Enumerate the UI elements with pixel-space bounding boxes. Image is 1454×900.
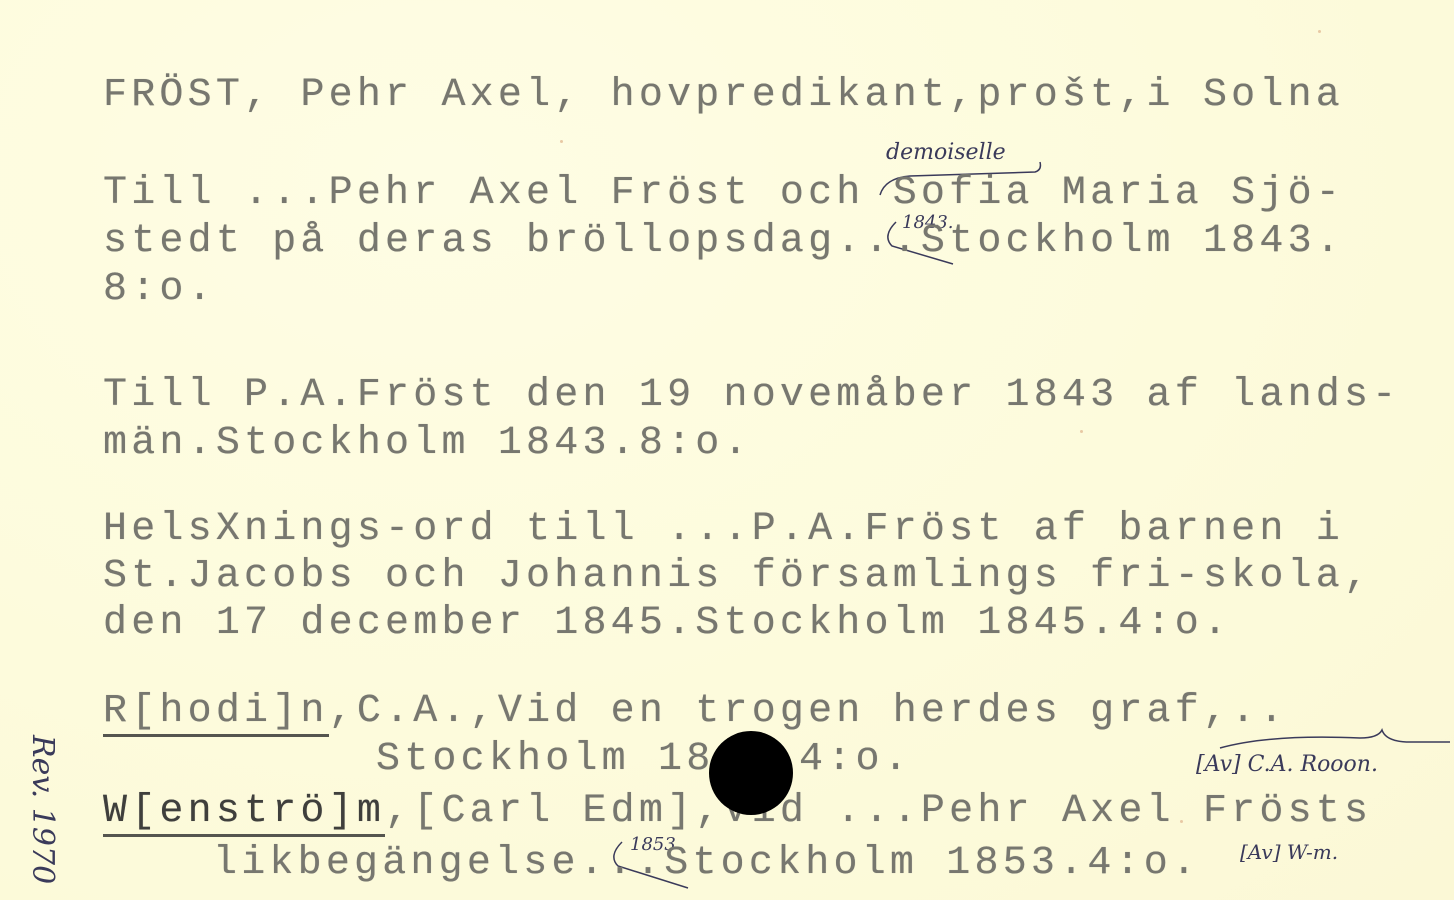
entry-3-line-1: HelsXnings-ord till ...P.A.Fröst af barn… — [103, 506, 1344, 554]
annotation-author-wm: [Av] W-m. — [1240, 840, 1338, 864]
annotation-author-rooon: [Av] C.A. Rooon. — [1196, 752, 1378, 777]
entry-2-line-2: män.Stockholm 1843.8:o. — [103, 420, 752, 468]
heading-rest: , Pehr Axel, hovpredikant,prošt,i Solna — [244, 73, 1344, 118]
heading-surname: FRÖST — [103, 73, 244, 118]
entry-3-line-2: St.Jacobs och Johannis församlings fri-s… — [103, 553, 1372, 601]
entry-5-author: W[enströ]m — [103, 789, 385, 837]
revision-note: Rev. 1970 — [25, 735, 60, 884]
entry-1-line-3: 8:o. — [103, 266, 216, 314]
paper-speck — [560, 140, 563, 143]
catalog-card: FRÖST, Pehr Axel, hovpredikant,prošt,i S… — [0, 0, 1454, 900]
entry-1-line-1: Till ...Pehr Axel Fröst och Sofia Maria … — [103, 170, 1344, 218]
paper-speck — [1080, 430, 1083, 433]
entry-5-line-2: likbegängelse...Stockholm 1853.4:o. — [213, 840, 1200, 888]
entry-4-author: R[hodi]n — [103, 689, 329, 737]
entry-4-line-1: R[hodi]n,C.A.,Vid en trogen herdes graf,… — [103, 688, 1288, 736]
card-heading: FRÖST, Pehr Axel, hovpredikant,prošt,i S… — [103, 72, 1344, 120]
paper-speck — [1318, 30, 1321, 33]
entry-4-line-2: Stockholm 18 .4:o. — [376, 736, 912, 784]
entry-2-line-1: Till P.A.Fröst den 19 novemåber 1843 af … — [103, 372, 1400, 420]
entry-5-title: ,[Carl Edm],Vid ...Pehr Axel Frösts — [385, 789, 1372, 834]
entry-3-line-3: den 17 december 1845.Stockholm 1845.4:o. — [103, 600, 1231, 648]
entry-1-line-2: stedt på deras bröllopsdag...Stockholm 1… — [103, 218, 1344, 266]
entry-4-title: ,C.A.,Vid en trogen herdes graf,.. — [329, 689, 1288, 734]
punch-hole — [709, 731, 793, 815]
